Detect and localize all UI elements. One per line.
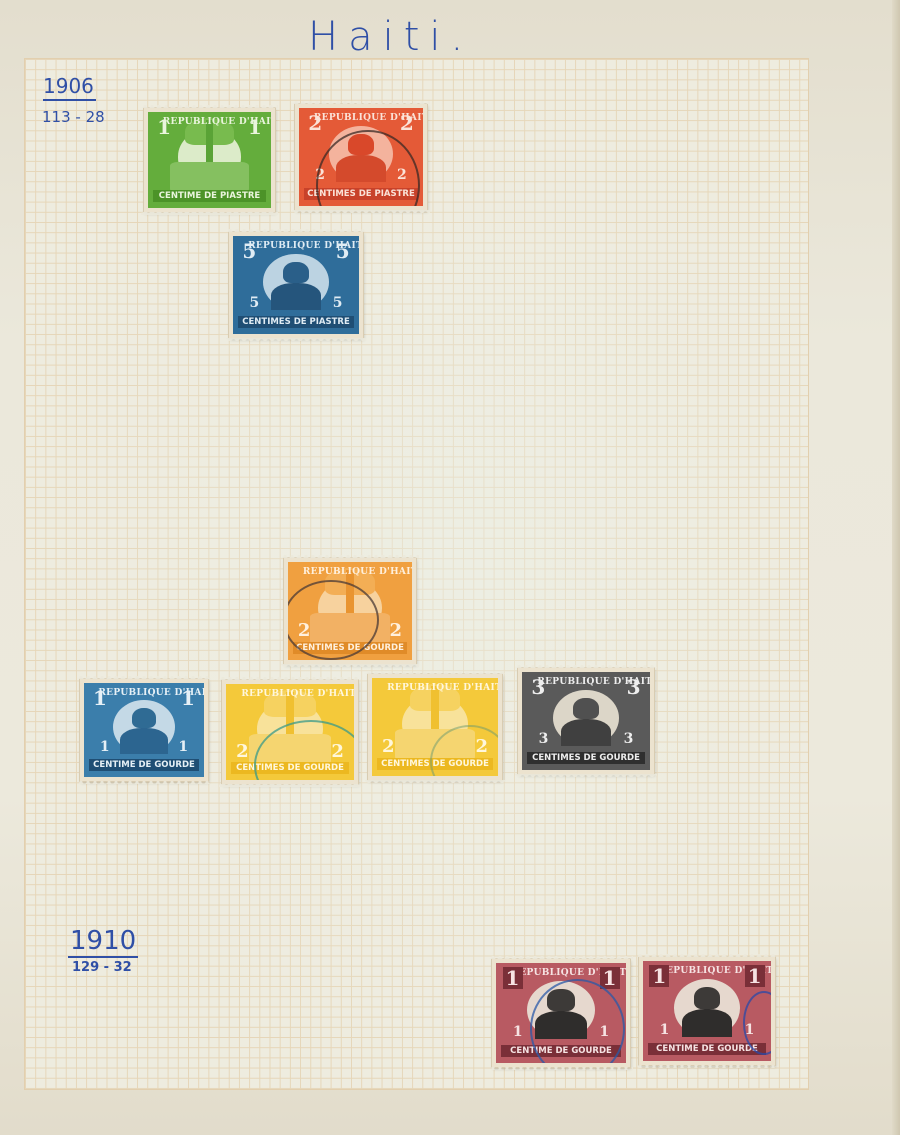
stamp-design: REPUBLIQUE D'HAITI 2 2 CENTIMES DE GOURD…	[288, 562, 412, 660]
stamp-2c-orange-arms[interactable]: REPUBLIQUE D'HAITI 2 2 CENTIMES DE GOURD…	[284, 558, 416, 664]
stamp-country: REPUBLIQUE D'HAITI	[512, 968, 611, 978]
page-edge	[892, 0, 900, 1135]
stamp-value: 3	[534, 728, 554, 750]
stamp-denomination: CENTIME DE PIASTRE	[153, 190, 266, 202]
stamp-value: 1	[95, 736, 115, 758]
stamp-value: 1	[178, 687, 198, 709]
section-year-1906: 1906	[43, 74, 96, 101]
postmark-cancel	[530, 979, 625, 1063]
stamp-1c-rose-portrait-1910[interactable]: REPUBLIQUE D'HAITI 1 1 1 1 CENTIME DE GO…	[492, 959, 630, 1067]
stamp-denomination: CENTIMES DE PIASTRE	[238, 316, 354, 328]
stamp-design: REPUBLIQUE D'HAITI 1 1 1 1 CENTIME DE GO…	[643, 961, 771, 1061]
stamp-denomination: CENTIME DE GOURDE	[89, 759, 199, 771]
stamp-country: REPUBLIQUE D'HAITI	[537, 677, 634, 687]
stamp-design: REPUBLIQUE D'HAITI 5 5 5 5 CENTIMES DE P…	[233, 236, 359, 334]
stamp-value: 1	[173, 736, 193, 758]
portrait-bust	[271, 283, 321, 310]
stamp-value: 1	[503, 967, 523, 989]
stamp-value: 5	[328, 292, 348, 314]
medallion	[674, 979, 741, 1037]
stamp-country: REPUBLIQUE D'HAITI	[303, 567, 397, 577]
stamp-1c-rose-portrait-1910[interactable]: REPUBLIQUE D'HAITI 1 1 1 1 CENTIME DE GO…	[639, 957, 775, 1065]
stamp-value: 3	[624, 676, 644, 698]
album-page: Haiti. 1906 113 - 28 1910 129 - 32 REPUB…	[0, 0, 900, 1135]
medallion	[113, 700, 175, 755]
stamp-design: REPUBLIQUE D'HAITI 3 3 3 3 CENTIMES DE G…	[522, 672, 650, 770]
stamp-value: 1	[508, 1021, 528, 1043]
postmark-cancel	[288, 580, 379, 660]
stamp-value: 1	[90, 687, 110, 709]
stamp-1c-green-arms[interactable]: REPUBLIQUE D'HAITI 1 1 CENTIME DE PIASTR…	[144, 108, 275, 212]
stamp-country: REPUBLIQUE D'HAITI	[314, 113, 408, 123]
stamp-design: REPUBLIQUE D'HAITI 1 1 CENTIME DE PIASTR…	[148, 112, 271, 208]
stamp-value: 1	[745, 965, 765, 987]
medallion	[553, 690, 620, 747]
stamp-country: REPUBLIQUE D'HAITI	[98, 688, 189, 698]
stamp-design: REPUBLIQUE D'HAITI 1 1 1 1 CENTIME DE GO…	[84, 683, 204, 777]
stamp-value: 5	[244, 292, 264, 314]
portrait-bust	[682, 1009, 733, 1037]
medallion	[263, 254, 329, 311]
stamp-value: 2	[386, 620, 406, 642]
portrait-bust	[120, 728, 167, 754]
stamp-1c-blue-portrait[interactable]: REPUBLIQUE D'HAITI 1 1 1 1 CENTIME DE GO…	[80, 679, 208, 781]
stamp-country: REPUBLIQUE D'HAITI	[387, 683, 483, 693]
stamp-denomination: CENTIMES DE GOURDE	[527, 752, 645, 764]
stamp-value: 3	[528, 676, 548, 698]
stamp-country: REPUBLIQUE D'HAITI	[658, 966, 755, 976]
portrait-head	[694, 987, 721, 1009]
stamp-3c-black-portrait[interactable]: REPUBLIQUE D'HAITI 3 3 3 3 CENTIMES DE G…	[518, 668, 654, 774]
stamp-value: 2	[397, 112, 417, 134]
stamp-design: REPUBLIQUE D'HAITI 2 2 CENTIMES DE GOURD…	[372, 678, 498, 776]
stamp-2c-yellow-arms[interactable]: REPUBLIQUE D'HAITI 2 2 CENTIMES DE GOURD…	[222, 680, 358, 784]
stamp-design: REPUBLIQUE D'HAITI 1 1 1 1 CENTIME DE GO…	[496, 963, 626, 1063]
stamp-2c-yellow-arms[interactable]: REPUBLIQUE D'HAITI 2 2 CENTIMES DE GOURD…	[368, 674, 502, 780]
portrait-head	[283, 262, 309, 284]
stamp-value: 5	[239, 240, 259, 262]
portrait-bust	[561, 719, 612, 746]
stamp-country: REPUBLIQUE D'HAITI	[241, 689, 338, 699]
stamp-value: 2	[378, 736, 398, 758]
stamp-5c-blue-portrait[interactable]: REPUBLIQUE D'HAITI 5 5 5 5 CENTIMES DE P…	[229, 232, 363, 338]
stamp-value: 3	[618, 728, 638, 750]
catalog-range-1910: 129 - 32	[72, 960, 132, 975]
stamp-2c-red-portrait[interactable]: REPUBLIQUE D'HAITI 2 2 2 2 CENTIMES DE P…	[295, 104, 427, 210]
section-year-1910: 1910	[68, 926, 138, 958]
stamp-value: 1	[154, 116, 174, 138]
stamp-value: 2	[305, 112, 325, 134]
country-title: Haiti.	[308, 14, 473, 60]
stamp-value: 1	[245, 116, 265, 138]
stamp-value: 1	[655, 1019, 675, 1041]
stamp-country: REPUBLIQUE D'HAITI	[248, 241, 344, 251]
catalog-range-1906: 113 - 28	[42, 108, 105, 126]
stamp-design: REPUBLIQUE D'HAITI 2 2 CENTIMES DE GOURD…	[226, 684, 354, 780]
stamp-country: REPUBLIQUE D'HAITI	[163, 117, 257, 127]
portrait-head	[573, 698, 600, 720]
stamp-value: 1	[649, 965, 669, 987]
stamp-design: REPUBLIQUE D'HAITI 2 2 2 2 CENTIMES DE P…	[299, 108, 423, 206]
stamp-value: 5	[333, 240, 353, 262]
stamp-value: 2	[232, 741, 252, 763]
portrait-head	[132, 708, 157, 729]
